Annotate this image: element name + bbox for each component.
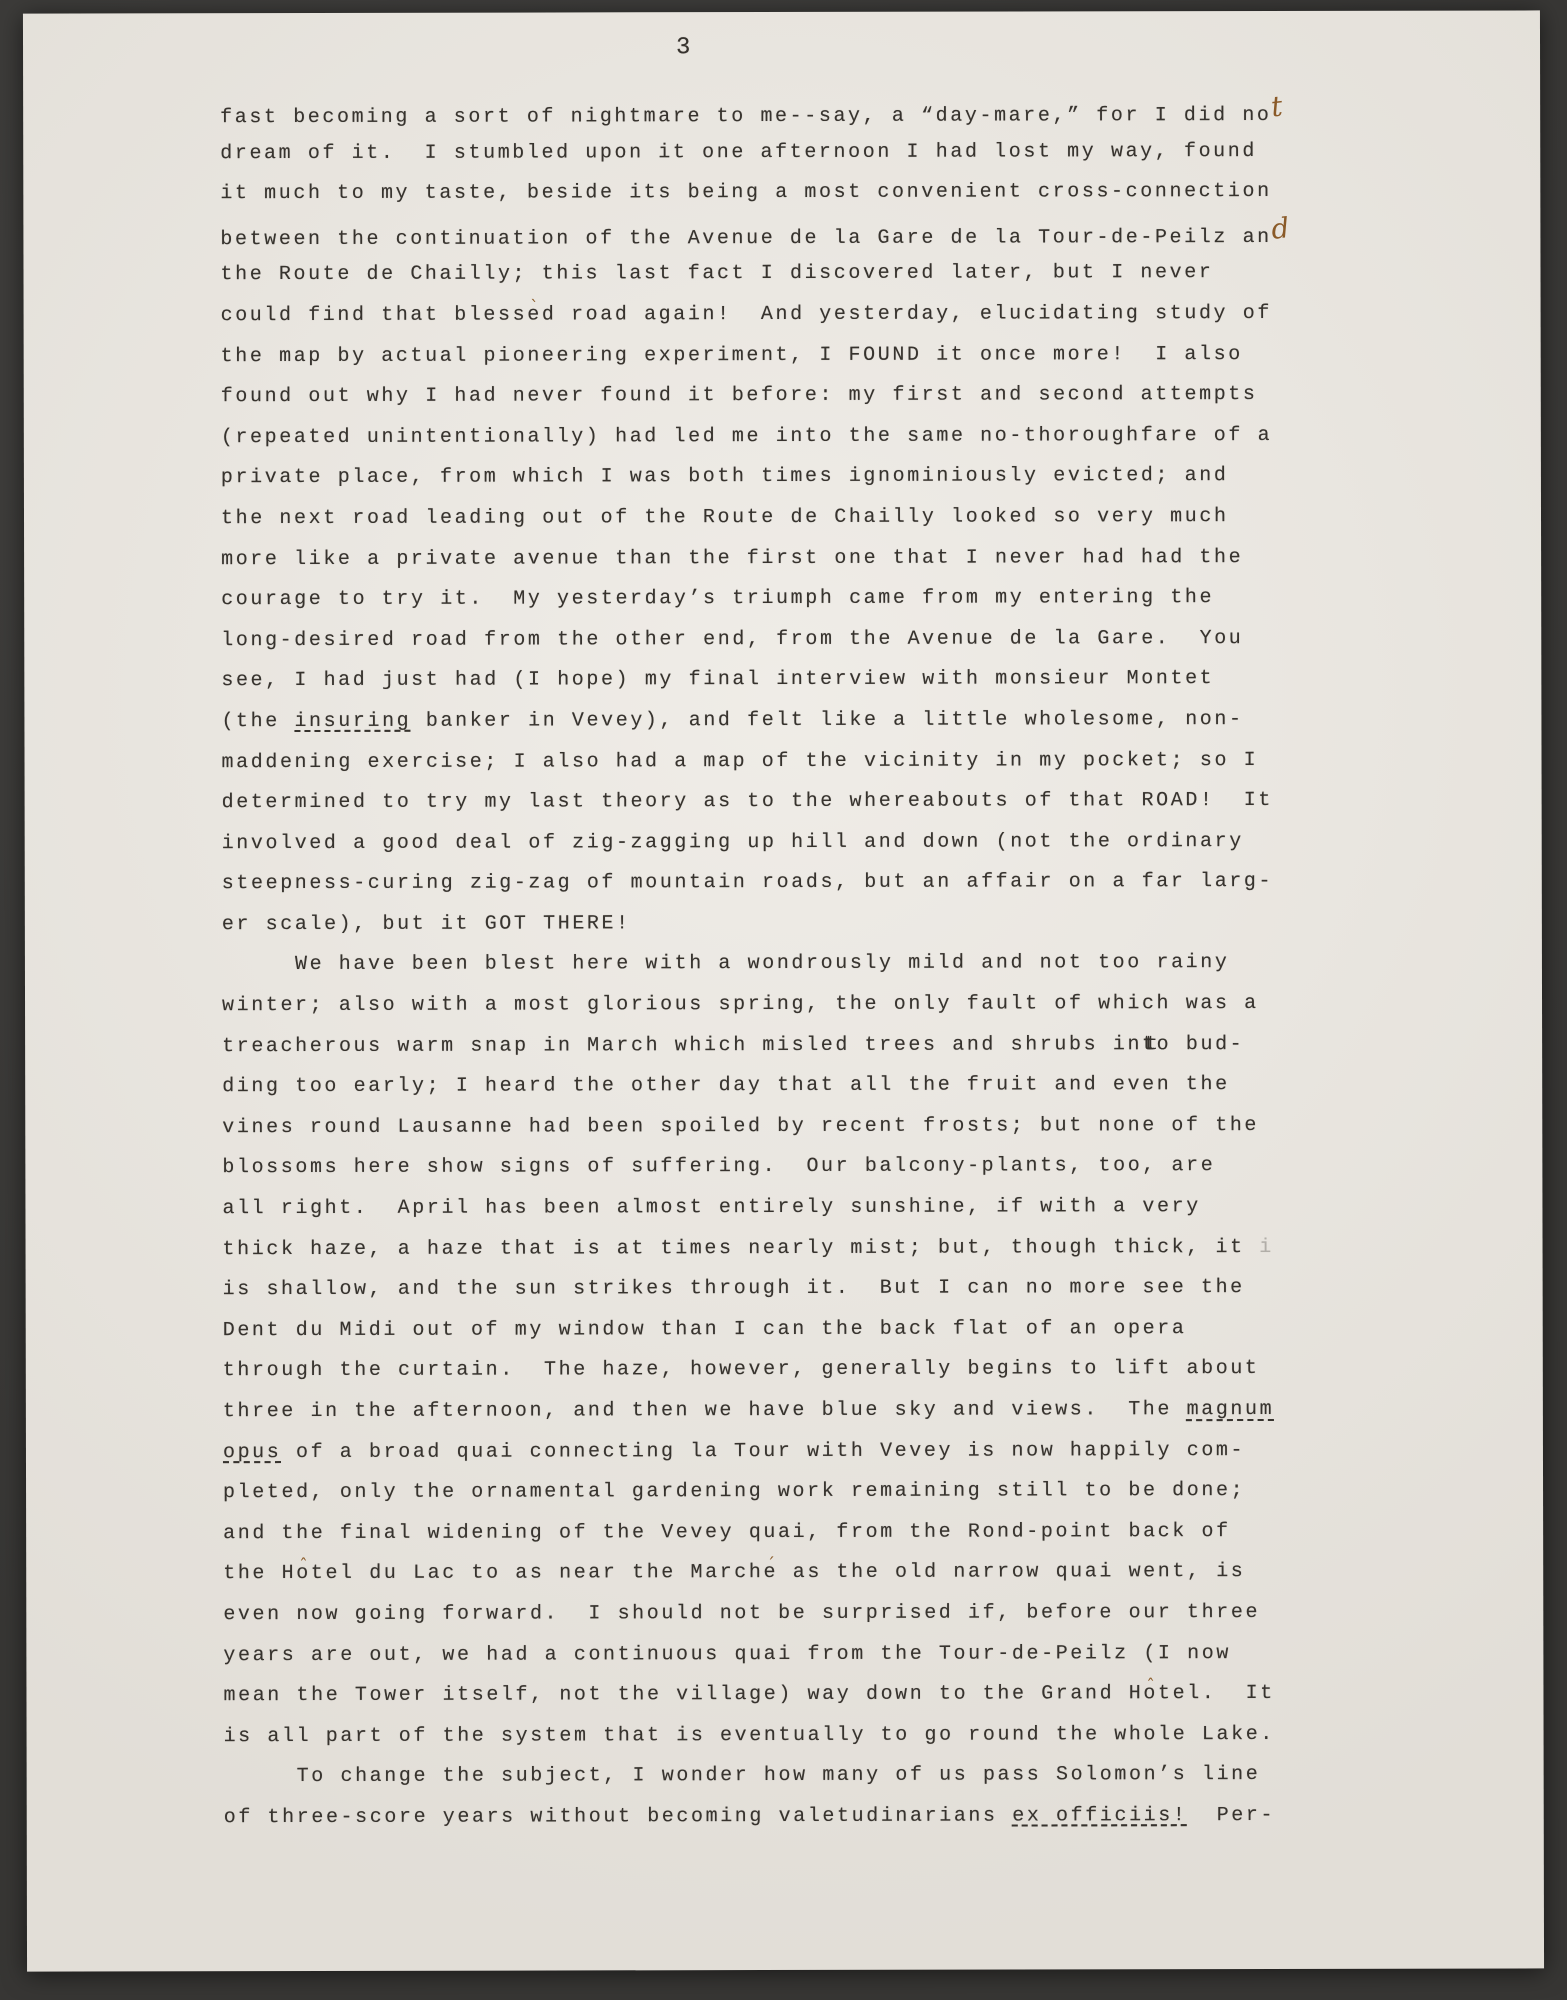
text-line: between the continuation of the Avenue d…: [220, 213, 1360, 256]
typed-text: of a broad quai connecting la Tour with …: [281, 1439, 1245, 1464]
typed-text: treacherous warm snap in March which mis…: [222, 1033, 1142, 1058]
text-line: private place, from which I was both tim…: [221, 456, 1361, 499]
text-line: the Hoˆtel du Lac to as near the Marche´…: [223, 1552, 1363, 1595]
typed-text: (repeated unintentionally) had led me in…: [221, 424, 1272, 449]
typed-text: even now going forward. I should not be …: [223, 1601, 1260, 1626]
text-line: it much to my taste, beside its being a …: [220, 172, 1360, 215]
text-line: determined to try my last theory as to t…: [222, 781, 1362, 824]
typed-text: vines round Lausanne had been spoiled by…: [222, 1114, 1259, 1139]
typed-text: the next road leading out of the Route d…: [221, 505, 1229, 530]
text-line: fast becoming a sort of nightmare to me-…: [220, 91, 1360, 134]
handwritten-accent: ˆ: [1146, 1678, 1157, 1695]
typed-text: the map by actual pioneering experiment,…: [221, 343, 1243, 368]
typed-text: er scale), but it GOT THERE!: [222, 912, 631, 936]
typed-text: d road again! And yesterday, elucidating…: [542, 302, 1272, 327]
text-line: (the insuring banker in Vevey), and felt…: [221, 700, 1361, 743]
typed-text: three in the afternoon, and then we have…: [223, 1398, 1187, 1423]
typed-text: is all part of the system that is eventu…: [224, 1723, 1275, 1748]
text-line: opus of a broad quai connecting la Tour …: [223, 1430, 1363, 1473]
text-line: pleted, only the ornamental gardening wo…: [223, 1471, 1363, 1514]
typed-text: e´: [763, 1553, 778, 1594]
typed-text: long-desired road from the other end, fr…: [221, 627, 1243, 652]
typed-text: pleted, only the ornamental gardening wo…: [223, 1479, 1245, 1504]
typed-text: the Route de Chailly; this last fact I d…: [220, 261, 1213, 286]
text-line: three in the afternoon, and then we have…: [223, 1390, 1363, 1433]
typed-text: through the curtain. The haze, however, …: [223, 1357, 1260, 1382]
text-line: long-desired road from the other end, fr…: [221, 619, 1361, 662]
typed-text: mean the Tower itself, not the village) …: [223, 1682, 1143, 1707]
typed-text: fast becoming a sort of nightmare to me-…: [220, 104, 1271, 129]
text-line: all right. April has been almost entirel…: [222, 1187, 1362, 1230]
typed-text: private place, from which I was both tim…: [221, 464, 1229, 489]
text-line: We have been blest here with a wondrousl…: [222, 943, 1362, 986]
typed-text: winter; also with a most glorious spring…: [222, 992, 1259, 1017]
typed-text: We have been blest here with a wondrousl…: [222, 952, 1230, 977]
typed-text: found out why I had never found it befor…: [221, 383, 1258, 408]
text-line: involved a good deal of zig-zagging up h…: [222, 821, 1362, 864]
typed-text: dream of it. I stumbled upon it one afte…: [220, 140, 1257, 165]
text-line: more like a private avenue than the firs…: [221, 537, 1361, 580]
typed-text: courage to try it. My yesterday’s triump…: [221, 586, 1214, 611]
text-line: is shallow, and the sun strikes through …: [223, 1268, 1363, 1311]
text-line: is all part of the system that is eventu…: [224, 1715, 1364, 1758]
typed-text: insuring: [294, 710, 411, 733]
typed-text: e`: [527, 295, 542, 336]
typed-text: all right. April has been almost entirel…: [222, 1195, 1200, 1220]
typed-text: more like a private avenue than the firs…: [221, 546, 1243, 571]
typed-text: could find that bless: [221, 304, 528, 328]
typed-text: t: [1142, 1033, 1157, 1056]
typed-text: as the old narrow quai went, is: [778, 1560, 1245, 1584]
text-line: (repeated unintentionally) had led me in…: [221, 416, 1361, 459]
handwritten-correction: d: [1270, 208, 1292, 250]
text-line: winter; also with a most glorious spring…: [222, 984, 1362, 1027]
text-line: mean the Tower itself, not the village) …: [223, 1674, 1363, 1717]
text-line: the next road leading out of the Route d…: [221, 497, 1361, 540]
page-number: 3: [676, 34, 690, 61]
text-line: dream of it. I stumbled upon it one afte…: [220, 131, 1360, 174]
typed-text: and the final widening of the Vevey quai…: [223, 1520, 1231, 1545]
text-line: er scale), but it GOT THERE!: [222, 903, 1362, 946]
text-line: and the final widening of the Vevey quai…: [223, 1512, 1363, 1555]
text-line: through the curtain. The haze, however, …: [223, 1349, 1363, 1392]
text-line: Dent du Midi out of my window than I can…: [223, 1309, 1363, 1352]
handwritten-correction: t: [1269, 86, 1285, 128]
typed-text: tel. It: [1158, 1682, 1275, 1705]
text-line: the map by actual pioneering experiment,…: [221, 334, 1361, 377]
text-line: thick haze, a haze that is at times near…: [222, 1227, 1362, 1270]
typed-text: Per-: [1187, 1804, 1275, 1827]
text-line: blossoms here show signs of suffering. O…: [222, 1146, 1362, 1189]
typed-text: banker in Vevey), and felt like a little…: [411, 708, 1243, 733]
typed-text: oˆ: [1143, 1674, 1158, 1715]
text-line: the Route de Chailly; this last fact I d…: [220, 253, 1360, 296]
text-line: see, I had just had (I hope) my final in…: [221, 659, 1361, 702]
text-line: To change the subject, I wonder how many…: [224, 1755, 1364, 1798]
handwritten-accent: ˆ: [299, 1558, 310, 1575]
typed-text: ex officiis!: [1012, 1804, 1187, 1827]
text-line: maddening exercise; I also had a map of …: [221, 740, 1361, 783]
typed-text: oˆ: [296, 1554, 311, 1595]
typed-text: ding too early; I heard the other day th…: [222, 1073, 1230, 1098]
text-line: could find that blesse`d road again! And…: [221, 294, 1361, 337]
handwritten-accent: `: [530, 299, 541, 316]
typed-text: involved a good deal of zig-zagging up h…: [222, 830, 1244, 855]
typed-text: o bud-: [1157, 1033, 1245, 1056]
handwritten-accent: ´: [766, 1557, 777, 1574]
typed-text: it much to my taste, beside its being a …: [220, 180, 1271, 205]
typed-text: i: [1259, 1236, 1274, 1259]
typed-text: determined to try my last theory as to t…: [222, 789, 1273, 814]
letter-paper: 3 fast becoming a sort of nightmare to m…: [23, 10, 1544, 1971]
text-line: treacherous warm snap in March which mis…: [222, 1024, 1362, 1067]
text-line: courage to try it. My yesterday’s triump…: [221, 578, 1361, 621]
text-line: of three-score years without becoming va…: [224, 1796, 1364, 1839]
letter-body: fast becoming a sort of nightmare to me-…: [220, 91, 1364, 1839]
typed-text: thick haze, a haze that is at times near…: [223, 1236, 1260, 1261]
typed-text: tel du Lac to as near the March: [311, 1561, 764, 1585]
text-line: ding too early; I heard the other day th…: [222, 1065, 1362, 1108]
typed-text: (the: [221, 710, 294, 733]
typed-text: years are out, we had a continuous quai …: [223, 1642, 1231, 1667]
typed-text: maddening exercise; I also had a map of …: [221, 749, 1258, 774]
typed-text: between the continuation of the Avenue d…: [220, 226, 1271, 251]
text-line: vines round Lausanne had been spoiled by…: [222, 1106, 1362, 1149]
typed-text: steepness-curing zig-zag of mountain roa…: [222, 870, 1273, 895]
typed-text: is shallow, and the sun strikes through …: [223, 1276, 1245, 1301]
typed-text: see, I had just had (I hope) my final in…: [221, 667, 1214, 692]
text-line: found out why I had never found it befor…: [221, 375, 1361, 418]
text-line: steepness-curing zig-zag of mountain roa…: [222, 862, 1362, 905]
scan-background: 3 fast becoming a sort of nightmare to m…: [0, 0, 1567, 2000]
typed-text: blossoms here show signs of suffering. O…: [222, 1155, 1215, 1180]
typed-text: opus: [223, 1441, 281, 1464]
text-line: years are out, we had a continuous quai …: [223, 1633, 1363, 1676]
typed-text: the H: [223, 1562, 296, 1585]
typed-text: magnum: [1187, 1398, 1275, 1421]
typed-text: of three-score years without becoming va…: [224, 1804, 1013, 1829]
text-line: even now going forward. I should not be …: [223, 1593, 1363, 1636]
typed-text: To change the subject, I wonder how many…: [224, 1763, 1261, 1788]
typed-text: Dent du Midi out of my window than I can…: [223, 1317, 1187, 1342]
